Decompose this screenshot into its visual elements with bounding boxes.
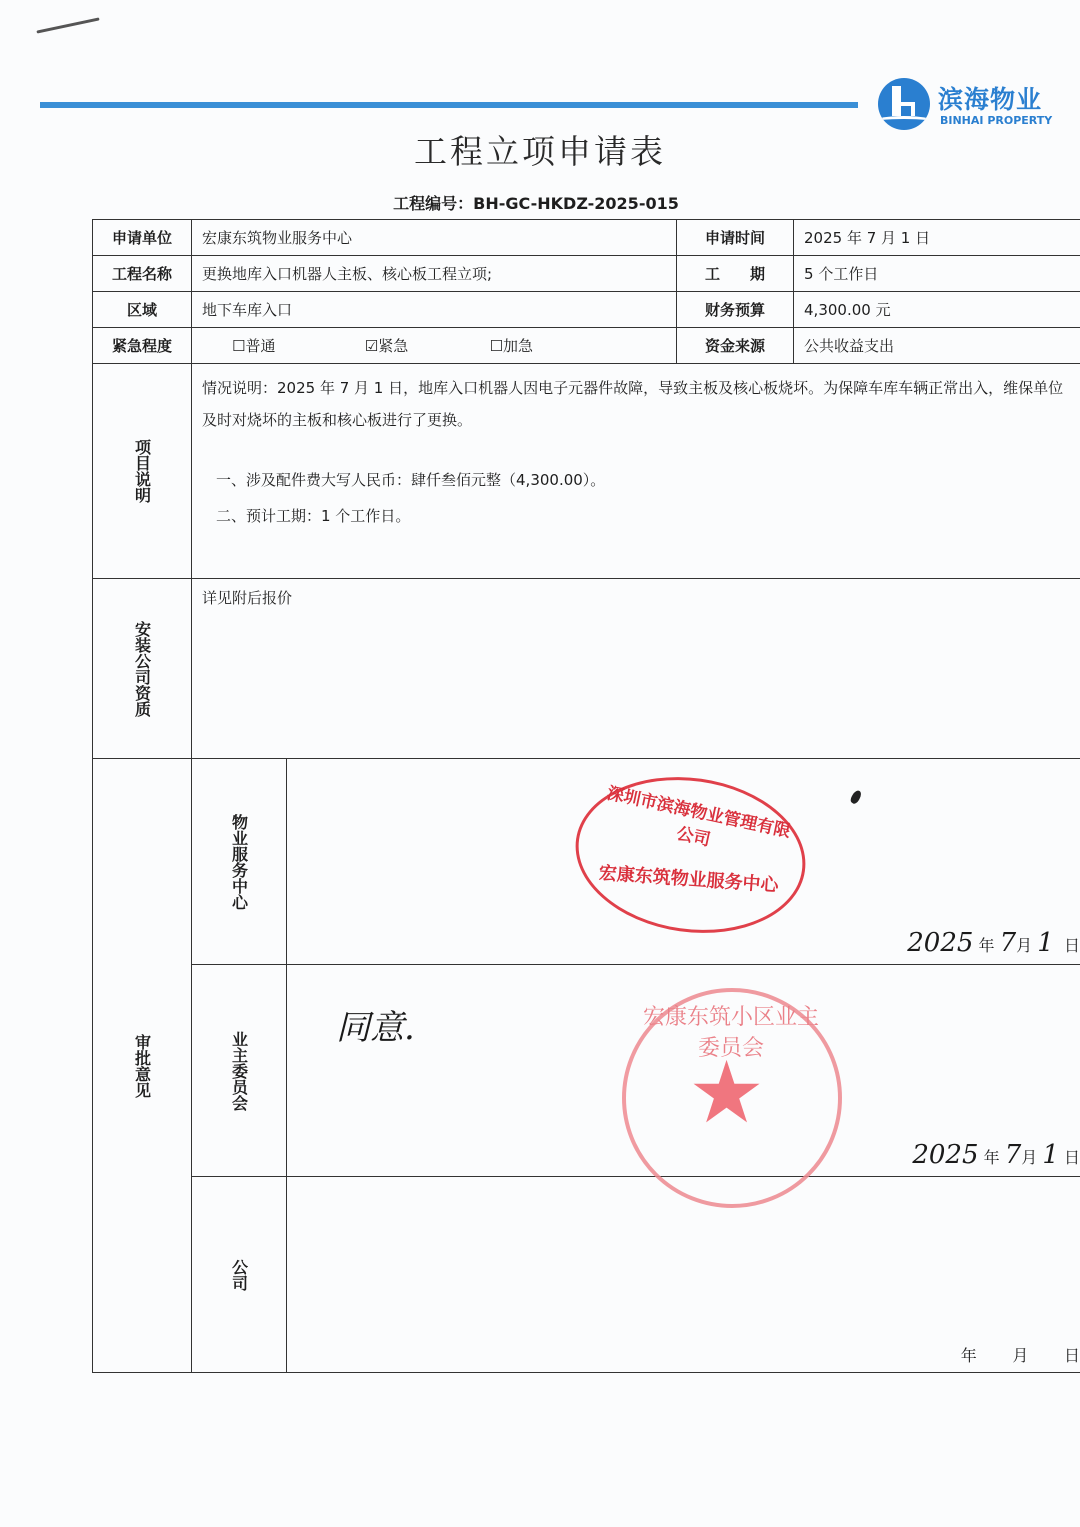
situation-text: 情况说明：2025 年 7 月 1 日，地库入口机器人因电子元器件故障，导致主板… [202, 372, 1078, 436]
approval-owners-committee-date: 2025 年 7月 1 日 [912, 1140, 1080, 1170]
row-approval-company: 公司 年 月 日 [93, 1177, 1080, 1373]
description-label-cell: 项目说明 [93, 364, 192, 579]
row-applicant: 申请单位 宏康东筑物业服务中心 申请时间 2025 年 7 月 1 日 [93, 220, 1080, 256]
apply-time-label: 申请时间 [677, 220, 794, 256]
approval-label-cell: 审批意见 [93, 759, 192, 1373]
applicant-value: 宏康东筑物业服务中心 [192, 220, 677, 256]
description-label: 项目说明 [131, 439, 154, 503]
row-approval-owners-committee: 业主委员会 2025 年 7月 1 日 [93, 965, 1080, 1177]
project-number: 工程编号：BH-GC-HKDZ-2025-015 [0, 191, 1072, 214]
owners-committee-stamp: 宏康东筑小区业主委员会 ★ [622, 988, 842, 1208]
urgency-option-normal[interactable]: ☐普通 [232, 335, 352, 356]
applicant-label: 申请单位 [93, 220, 192, 256]
header-rule [40, 102, 858, 108]
project-number-value: BH-GC-HKDZ-2025-015 [473, 194, 679, 213]
project-name-value: 更换地库入口机器人主板、核心板工程立项; [192, 256, 677, 292]
project-name-label: 工程名称 [93, 256, 192, 292]
application-form-table: 申请单位 宏康东筑物业服务中心 申请时间 2025 年 7 月 1 日 工程名称… [92, 219, 1080, 1373]
logo-name-cn: 滨海物业 [938, 80, 1042, 116]
description-content: 情况说明：2025 年 7 月 1 日，地库入口机器人因电子元器件故障，导致主板… [192, 364, 1080, 579]
description-item-2: 二、预计工期：1 个工作日。 [202, 498, 1078, 534]
owners-committee-opinion: 同意. [336, 1000, 415, 1049]
row-qualification: 安装公司资质 详见附后报价 [93, 579, 1080, 759]
approval-service-center-label-cell: 物业服务中心 [192, 759, 287, 965]
apply-time-value: 2025 年 7 月 1 日 [794, 220, 1080, 256]
approval-company-label: 公司 [228, 1259, 251, 1291]
checkbox-icon: ☐ [490, 337, 503, 355]
qualification-label-cell: 安装公司资质 [93, 579, 192, 759]
approval-service-center-label: 物业服务中心 [228, 814, 251, 910]
qualification-label: 安装公司资质 [131, 621, 154, 717]
urgency-option-urgent[interactable]: ☑紧急 [365, 335, 485, 356]
approval-owners-committee-label-cell: 业主委员会 [192, 965, 287, 1177]
budget-label: 财务预算 [677, 292, 794, 328]
urgency-label: 紧急程度 [93, 328, 192, 364]
approval-company-label-cell: 公司 [192, 1177, 287, 1373]
qualification-value: 详见附后报价 [192, 579, 1080, 759]
budget-value: 4,300.00 元 [794, 292, 1080, 328]
row-urgency: 紧急程度 ☐普通 ☑紧急 ☐加急 资金来源 公共收益支出 [93, 328, 1080, 364]
urgency-option-critical[interactable]: ☐加急 [490, 335, 610, 356]
page-title: 工程立项申请表 [0, 126, 1080, 173]
urgency-options: ☐普通 ☑紧急 ☐加急 [192, 328, 677, 364]
star-icon: ★ [688, 1050, 765, 1136]
description-item-1: 一、涉及配件费大写人民币：肆仟叁佰元整（4,300.00）。 [202, 462, 1078, 498]
duration-label: 工 期 [677, 256, 794, 292]
checkbox-checked-icon: ☑ [365, 337, 378, 355]
checkbox-icon: ☐ [232, 337, 245, 355]
fund-source-label: 资金来源 [677, 328, 794, 364]
approval-service-center-date: 2025 年 7月 1 日 [907, 928, 1080, 958]
row-area: 区域 地下车库入口 财务预算 4,300.00 元 [93, 292, 1080, 328]
stamp-center-name: 宏康东筑物业服务中心 [598, 859, 779, 897]
pen-scratch-mark [36, 17, 99, 33]
approval-owners-committee-label: 业主委员会 [228, 1031, 251, 1111]
area-value: 地下车库入口 [192, 292, 677, 328]
approval-company-content: 年 月 日 [287, 1177, 1080, 1373]
project-number-label: 工程编号： [393, 194, 473, 213]
fund-source-value: 公共收益支出 [794, 328, 1080, 364]
area-label: 区域 [93, 292, 192, 328]
approval-company-date: 年 月 日 [961, 1343, 1080, 1366]
binhai-logo-icon [878, 78, 930, 130]
duration-value: 5 个工作日 [794, 256, 1080, 292]
approval-label: 审批意见 [131, 1034, 154, 1098]
row-project-name: 工程名称 更换地库入口机器人主板、核心板工程立项; 工 期 5 个工作日 [93, 256, 1080, 292]
row-description: 项目说明 情况说明：2025 年 7 月 1 日，地库入口机器人因电子元器件故障… [93, 364, 1080, 579]
